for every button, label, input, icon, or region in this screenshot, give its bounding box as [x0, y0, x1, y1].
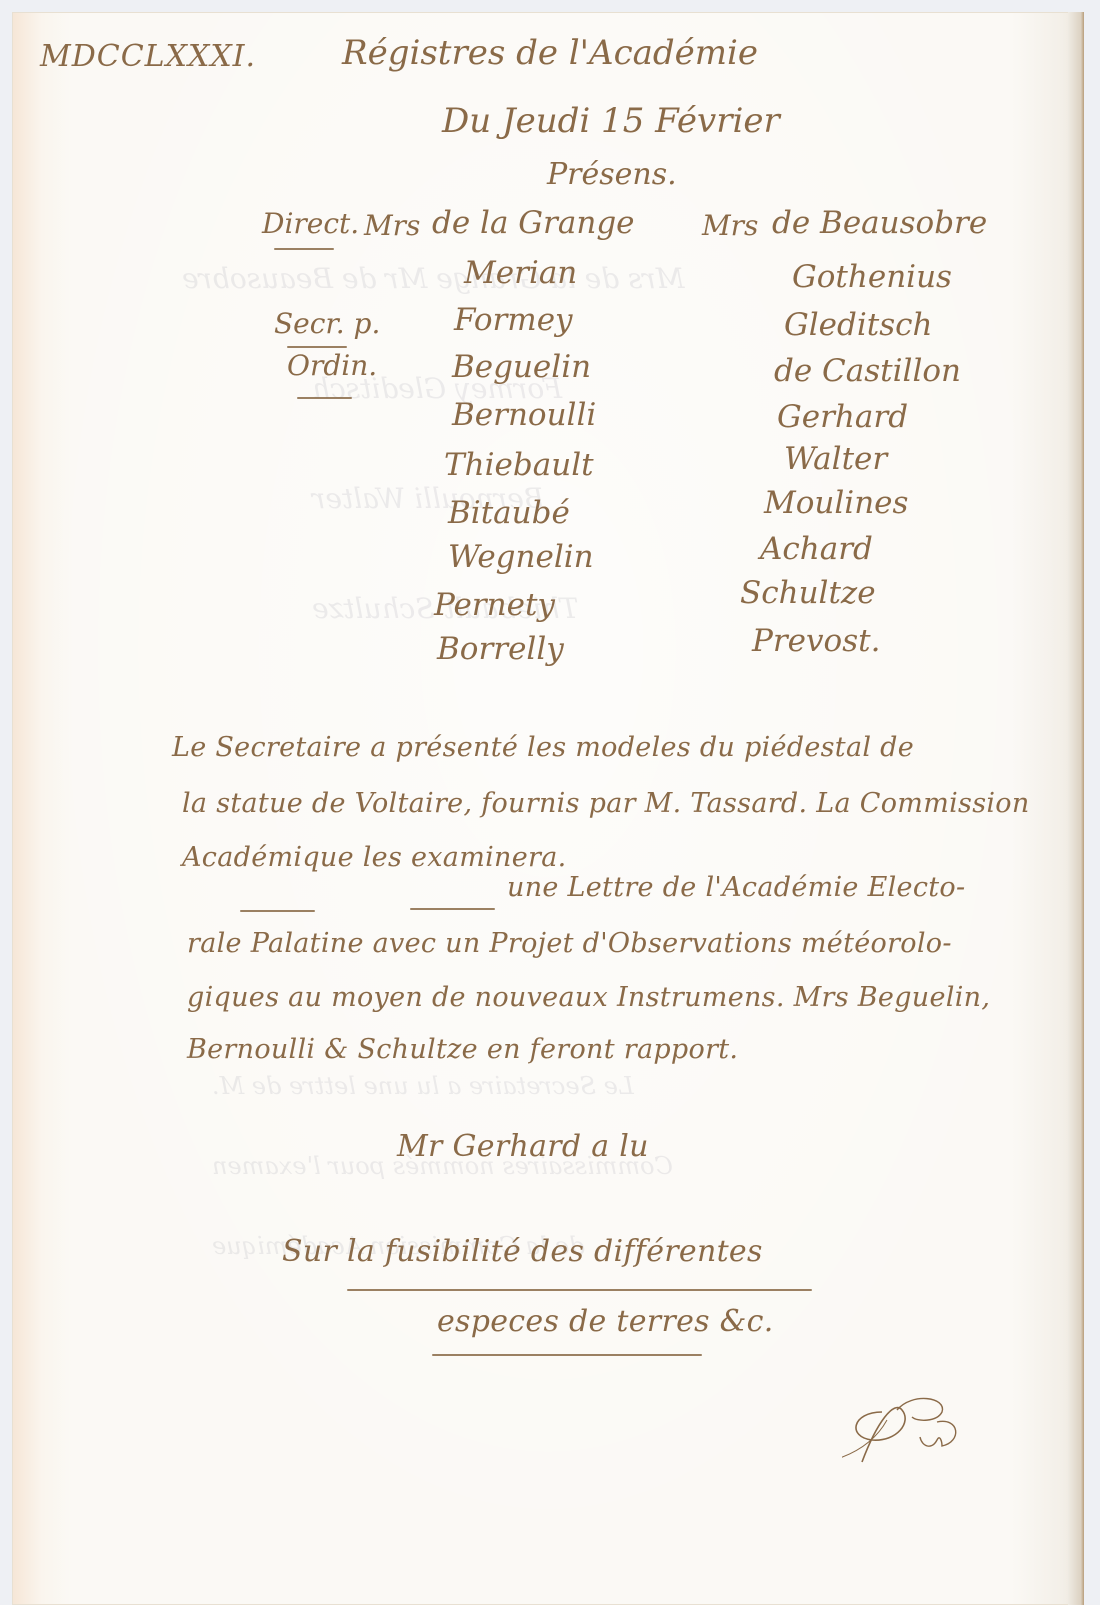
minutes-line: Académique les examinera. — [182, 844, 567, 871]
member-name: Beguelin — [452, 352, 591, 383]
bleed-through-text: Mrs de la Grange Mr de Beausobre — [182, 262, 684, 295]
honorific-left: Mrs — [364, 212, 420, 240]
manuscript-page: Mrs de la Grange Mr de Beausobre Formey … — [12, 12, 1084, 1605]
reading-title-line: Sur la fusibilité des différentes — [282, 1237, 763, 1267]
minutes-line: rale Palatine avec un Projet d'Observati… — [187, 930, 952, 957]
reading-title-line: especes de terres &c. — [437, 1307, 774, 1337]
member-name: Prevost. — [752, 626, 880, 657]
member-name: Thiebault — [444, 450, 594, 481]
page-edge — [1068, 12, 1084, 1605]
member-name: Bernoulli — [452, 400, 596, 431]
role-director: Direct. — [262, 210, 359, 238]
role-ordinary: Ordin. — [287, 352, 377, 380]
title-underline — [347, 1289, 812, 1291]
role-underline — [287, 346, 347, 348]
member-name: Gerhard — [777, 402, 908, 433]
minutes-line: Le Secretaire a présenté les modeles du … — [172, 734, 914, 761]
year-roman-numeral: MDCCLXXXI. — [40, 42, 256, 72]
member-name: Gleditsch — [784, 310, 932, 341]
member-name: Wegnelin — [448, 542, 594, 573]
minutes-line: Bernoulli & Schultze en feront rapport. — [187, 1036, 738, 1063]
role-underline — [297, 397, 352, 399]
register-title: Régistres de l'Académie — [342, 36, 758, 70]
member-name: Formey — [454, 305, 573, 336]
member-name: Walter — [784, 444, 887, 475]
ditto-dash — [240, 910, 315, 912]
honorific-right: Mrs — [702, 212, 758, 240]
role-underline — [274, 248, 334, 250]
ditto-dash — [410, 908, 495, 910]
member-name: Bitaubé — [448, 498, 570, 529]
member-name: de Castillon — [774, 356, 961, 387]
reading-line: Mr Gerhard a lu — [397, 1132, 649, 1162]
attendance-heading: Présens. — [547, 160, 677, 190]
member-name: Pernety — [434, 590, 555, 621]
member-name: Merian — [464, 258, 577, 289]
member-name: de la Grange — [432, 208, 635, 239]
member-name: Schultze — [740, 578, 876, 609]
bleed-through-text: Le Secretaire a lu une lettre de M. — [212, 1072, 634, 1100]
member-name: de Beausobre — [772, 208, 987, 239]
minutes-line: une Lettre de l'Académie Electo- — [507, 874, 965, 901]
session-date: Du Jeudi 15 Février — [442, 104, 780, 138]
role-secretary: Secr. p. — [274, 310, 380, 338]
minutes-line: giques au moyen de nouveaux Instrumens. … — [187, 984, 990, 1011]
title-underline — [432, 1354, 702, 1356]
member-name: Achard — [760, 534, 873, 565]
member-name: Borrelly — [437, 634, 564, 665]
minutes-line: la statue de Voltaire, fournis par M. Ta… — [182, 790, 1030, 817]
member-name: Gothenius — [792, 262, 952, 293]
signature-flourish-icon — [842, 1392, 962, 1472]
member-name: Moulines — [764, 488, 908, 519]
